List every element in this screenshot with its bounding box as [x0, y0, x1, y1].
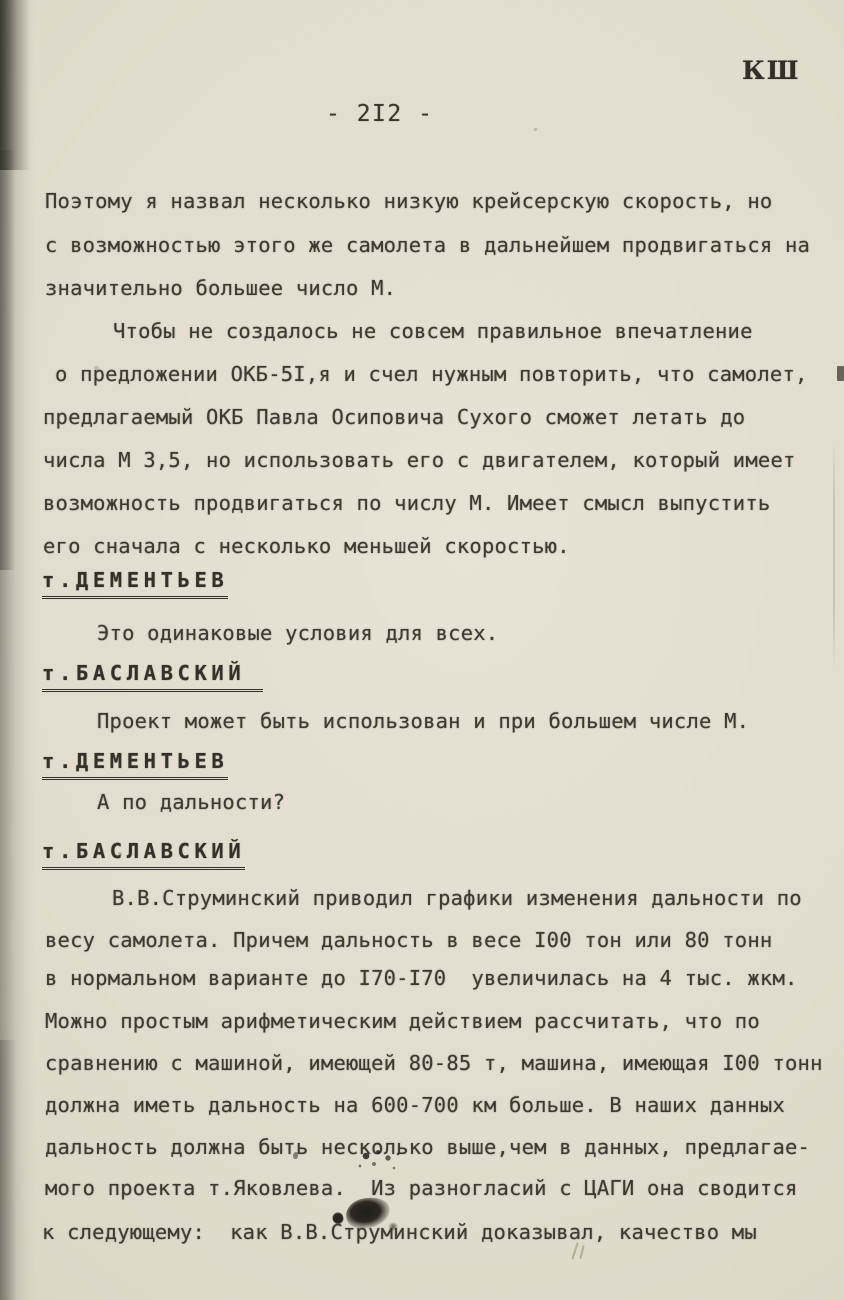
speaker-heading: т.ДЕМЕНТЬЕВ	[42, 568, 228, 599]
paper-fold-line	[833, 440, 835, 670]
text-line: сравнению с машиной, имеющей 80-85 т, ма…	[45, 1051, 823, 1075]
corner-mark: КШ	[742, 56, 800, 85]
cut-off-character-fragment	[837, 366, 844, 381]
text-line: мого проекта т.Яковлева. Из разногласий …	[45, 1176, 798, 1200]
text-line: в нормальном варианте до I70-I70 увеличи…	[45, 966, 798, 990]
text-line: дальность должна быть несколько выше,чем…	[45, 1135, 810, 1159]
text-line: его сначала с несколько меньшей скорость…	[43, 534, 570, 558]
text-line: предлагаемый ОКБ Павла Осиповича Сухого …	[43, 405, 745, 429]
speaker-heading: т.БАСЛАВСКИЙ	[42, 661, 263, 692]
document-page: КШ - 2I2 - Поэтому я назвал несколько ни…	[0, 0, 844, 1300]
scan-left-edge-dark-band	[0, 150, 18, 570]
text-line: Можно простым арифметическим действием р…	[45, 1009, 760, 1033]
text-line: Чтобы не создалось не совсем правильное …	[113, 319, 753, 343]
text-line: Проект может быть использован и при боль…	[97, 709, 749, 733]
text-line: должна иметь дальность на 600-700 км бол…	[45, 1093, 785, 1117]
paper-speck	[534, 128, 537, 131]
pencil-mark	[570, 1242, 586, 1266]
text-line: весу самолета. Причем дальность в весе I…	[45, 928, 772, 952]
text-line: А по дальности?	[97, 790, 285, 814]
text-line: В.В.Струминский приводил графики изменен…	[112, 886, 802, 910]
page-number: - 2I2 -	[326, 101, 433, 127]
text-line: Поэтому я назвал несколько низкую крейсе…	[45, 189, 772, 213]
speaker-heading: т.БАСЛАВСКИЙ	[42, 839, 245, 870]
paper-speck	[118, 852, 122, 856]
text-line: о предложении ОКБ-5I,я и счел нужным пов…	[55, 362, 808, 386]
ink-speck	[293, 1152, 298, 1159]
text-line: значительно большее число М.	[45, 276, 396, 300]
paper-speck	[94, 366, 99, 370]
text-line: возможность продвигаться по числу М. Име…	[43, 491, 770, 515]
text-line: Это одинаковые условия для всех.	[97, 621, 498, 645]
text-line: к следующему: как В.В.Струминский доказы…	[42, 1220, 757, 1244]
ink-spatter	[354, 1148, 406, 1174]
speaker-heading: т.ДЕМЕНТЬЕВ	[42, 749, 228, 780]
text-line: с возможностью этого же самолета в дальн…	[45, 233, 810, 257]
text-line: числа М 3,5, но использовать его с двига…	[43, 448, 796, 472]
